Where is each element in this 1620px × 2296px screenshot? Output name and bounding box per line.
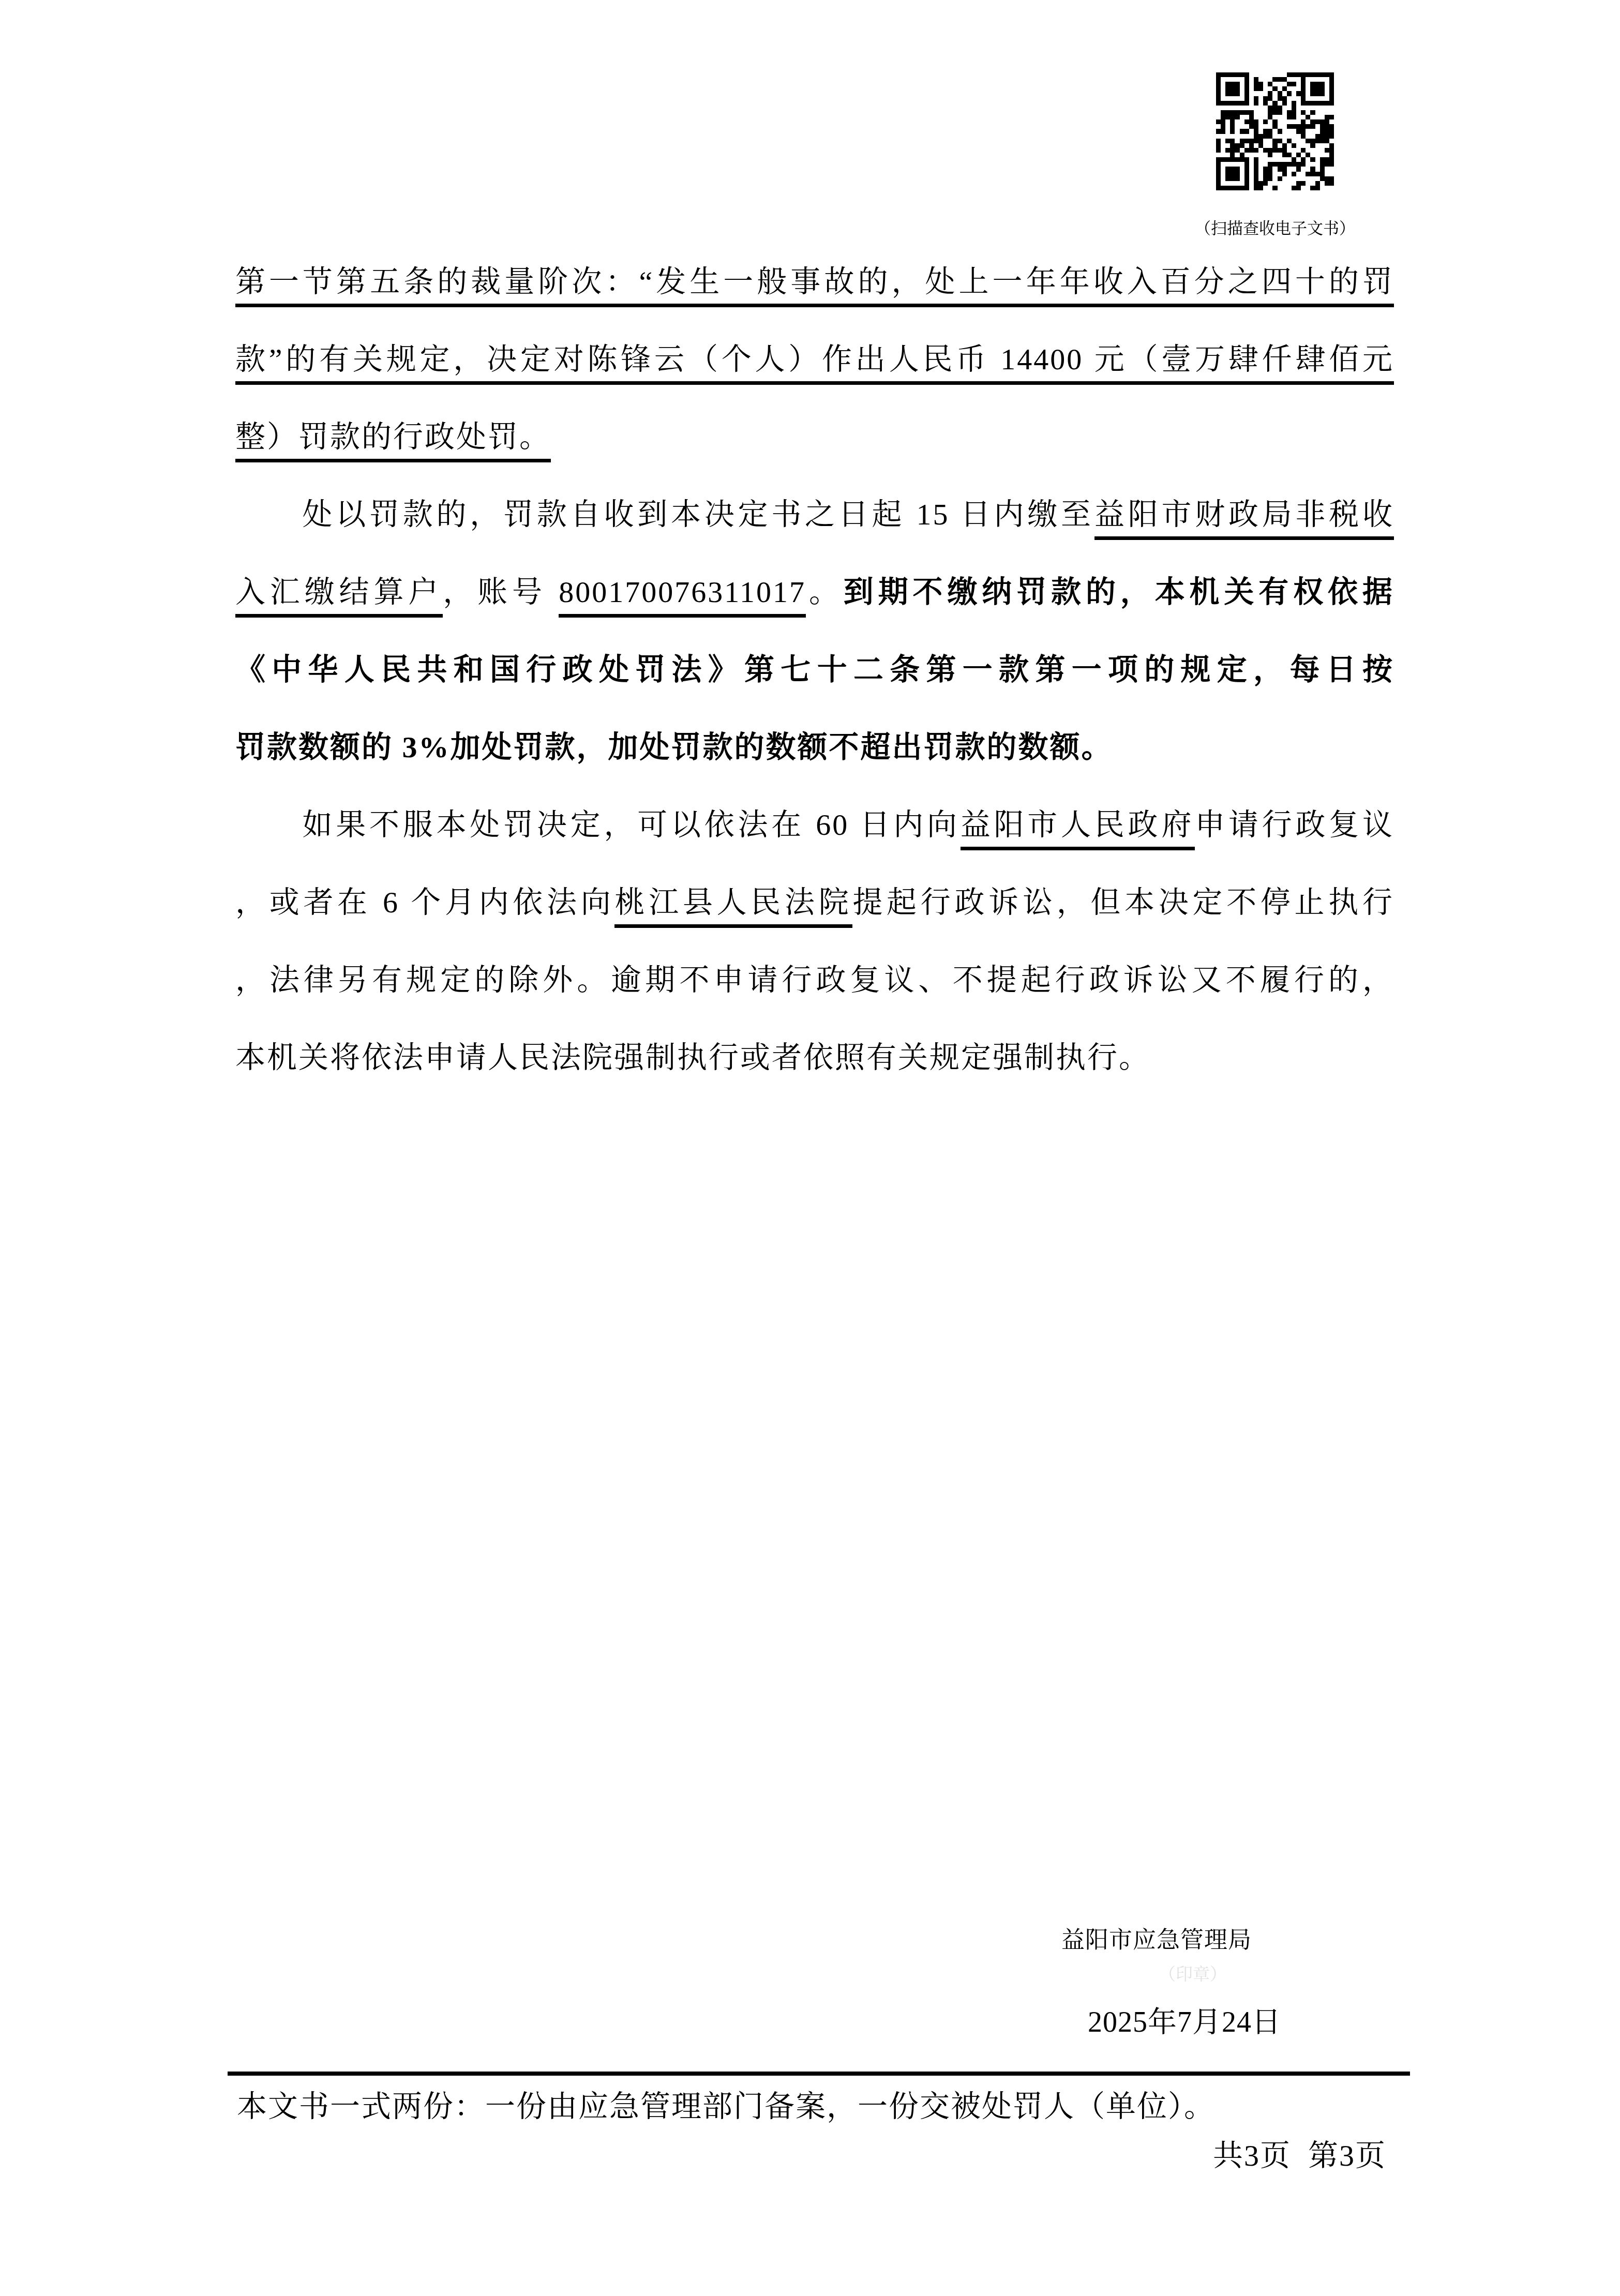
text-run: 如果不服本处罚决定，可以依法在 60 日内向 bbox=[235, 808, 961, 842]
body-line: 入汇缴结算户，账号 800170076311017。到期不缴纳罚款的，本机关有权… bbox=[235, 553, 1394, 631]
body-line: 罚款数额的 3%加处罚款，加处罚款的数额不超出罚款的数额。 bbox=[235, 709, 1394, 786]
underlined-run: 益阳市人民政府 bbox=[961, 808, 1195, 850]
footer-note: 本文书一式两份：一份由应急管理部门备案，一份交被处罚人（单位）。 bbox=[237, 2078, 1215, 2135]
underlined-run: 桃江县人民法院 bbox=[614, 886, 852, 928]
body-line: 如果不服本处罚决定，可以依法在 60 日内向益阳市人民政府申请行政复议 bbox=[235, 786, 1394, 864]
qr-caption: （扫描查收电子文书） bbox=[1184, 215, 1366, 238]
underlined-run: 800170076311017 bbox=[559, 575, 806, 618]
qr-block: （扫描查收电子文书） bbox=[1184, 72, 1366, 238]
qr-code bbox=[1216, 72, 1334, 190]
underlined-run: 整）罚款的行政处罚。 bbox=[235, 420, 551, 462]
underlined-run: 第一节第五条的裁量阶次：“发生一般事故的，处上一年年收入百分之四十的罚 bbox=[235, 265, 1394, 307]
footer-divider bbox=[228, 2072, 1410, 2076]
text-run: ，法律另有规定的除外。逾期不申请行政复议、不提起行政诉讼又不履行的， bbox=[235, 963, 1394, 997]
text-run: 申请行政复议 bbox=[1195, 808, 1394, 842]
text-run: 提起行政诉讼，但本决定不停止执行 bbox=[852, 886, 1394, 919]
text-run: ，账号 bbox=[443, 575, 559, 609]
underlined-run: 款”的有关规定，决定对陈锋云（个人）作出人民币 14400 元（壹万肆仟肆佰元 bbox=[235, 342, 1394, 385]
issue-date: 2025年7月24日 bbox=[1088, 1997, 1281, 2048]
bold-run: 《中华人民共和国行政处罚法》第七十二条第一款第一项的规定，每日按 bbox=[235, 653, 1394, 686]
body-text: 第一节第五条的裁量阶次：“发生一般事故的，处上一年年收入百分之四十的罚款”的有关… bbox=[235, 243, 1394, 1097]
underlined-run: 益阳市财政局非税收 bbox=[1094, 498, 1394, 540]
issuing-agency: 益阳市应急管理局 bbox=[1061, 1917, 1252, 1963]
text-run: ，或者在 6 个月内依法向 bbox=[235, 886, 614, 919]
bold-run: 到期不缴纳罚款的，本机关有权依据 bbox=[844, 575, 1394, 609]
body-line: 本机关将依法申请人民法院强制执行或者依照有关规定强制执行。 bbox=[235, 1019, 1394, 1097]
body-line: 第一节第五条的裁量阶次：“发生一般事故的，处上一年年收入百分之四十的罚 bbox=[235, 243, 1394, 321]
body-line: 款”的有关规定，决定对陈锋云（个人）作出人民币 14400 元（壹万肆仟肆佰元 bbox=[235, 321, 1394, 398]
bold-run: 罚款数额的 3%加处罚款，加处罚款的数额不超出罚款的数额。 bbox=[235, 730, 1113, 764]
body-line: ，法律另有规定的除外。逾期不申请行政复议、不提起行政诉讼又不履行的， bbox=[235, 941, 1394, 1019]
body-line: 《中华人民共和国行政处罚法》第七十二条第一款第一项的规定，每日按 bbox=[235, 631, 1394, 709]
body-line: 整）罚款的行政处罚。 bbox=[235, 398, 1394, 476]
underlined-run: 入汇缴结算户 bbox=[235, 575, 443, 618]
text-run: 处以罚款的，罚款自收到本决定书之日起 15 日内缴至 bbox=[235, 498, 1094, 531]
document-page: （扫描查收电子文书） 第一节第五条的裁量阶次：“发生一般事故的，处上一年年收入百… bbox=[0, 0, 1620, 2296]
body-line: ，或者在 6 个月内依法向桃江县人民法院提起行政诉讼，但本决定不停止执行 bbox=[235, 864, 1394, 941]
page-number: 共3页 第3页 bbox=[1213, 2130, 1386, 2182]
seal-placeholder: （印章） bbox=[1159, 1959, 1227, 1990]
text-run: 。 bbox=[806, 575, 844, 609]
body-line: 处以罚款的，罚款自收到本决定书之日起 15 日内缴至益阳市财政局非税收 bbox=[235, 476, 1394, 553]
text-run: 本机关将依法申请人民法院强制执行或者依照有关规定强制执行。 bbox=[235, 1041, 1150, 1074]
